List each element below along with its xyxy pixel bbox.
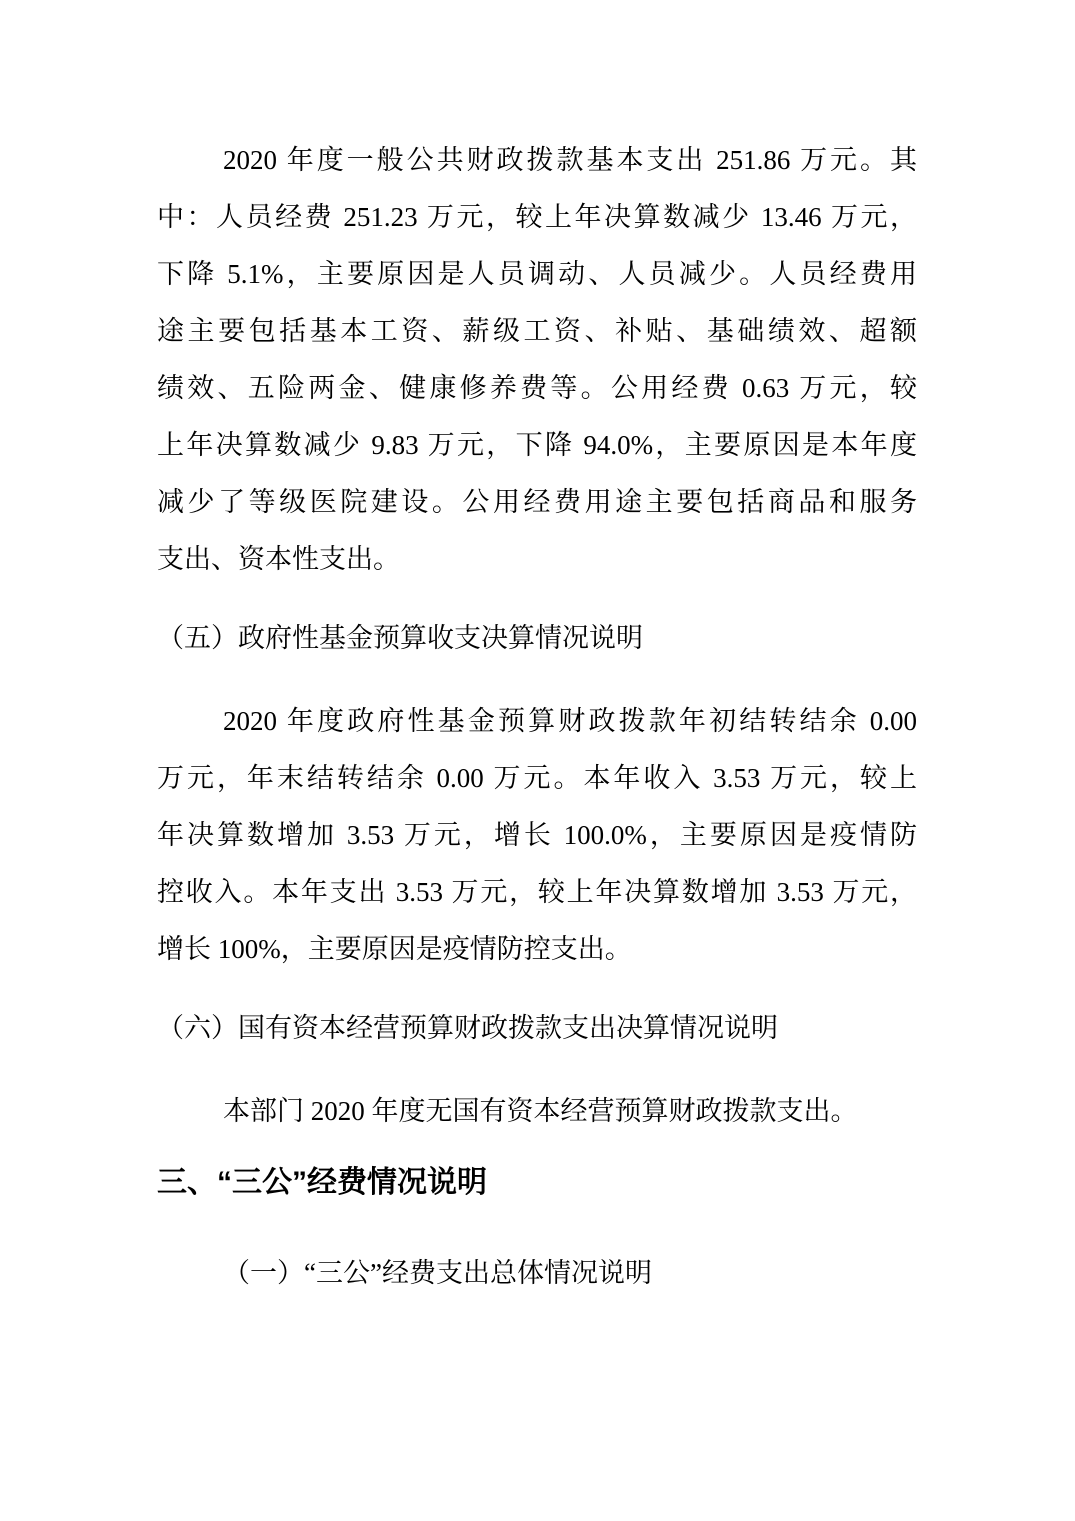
- text-line: 绩效、五险两金、健康修养费等。公用经费 0.63 万元，较: [157, 360, 917, 417]
- text-line: 年决算数增加 3.53 万元，增长 100.0%，主要原因是疫情防: [157, 807, 917, 864]
- text-line: 减少了等级医院建设。公用经费用途主要包括商品和服务: [157, 474, 917, 531]
- text-line: 万元，年末结转结余 0.00 万元。本年收入 3.53 万元，较上: [157, 750, 917, 807]
- text-line: 本部门 2020 年度无国有资本经营预算财政拨款支出。: [157, 1083, 917, 1140]
- text-line: 中：人员经费 251.23 万元，较上年决算数减少 13.46 万元，: [157, 189, 917, 246]
- text-line: 增长 100%，主要原因是疫情防控支出。: [157, 921, 917, 978]
- heading-section-6-state-capital-budget: （六）国有资本经营预算财政拨款支出决算情况说明: [157, 1000, 917, 1057]
- text-line: 下降 5.1%，主要原因是人员调动、人员减少。人员经费用: [157, 246, 917, 303]
- text-line: 控收入。本年支出 3.53 万元，较上年决算数增加 3.53 万元，: [157, 864, 917, 921]
- document-page: 2020 年度一般公共财政拨款基本支出 251.86 万元。其中：人员经费 25…: [0, 0, 1075, 1521]
- heading-subsection-1-three-public-overall: （一）“三公”经费支出总体情况说明: [157, 1245, 917, 1302]
- para-state-capital-budget-detail: 本部门 2020 年度无国有资本经营预算财政拨款支出。: [157, 1083, 917, 1140]
- text-line: 2020 年度一般公共财政拨款基本支出 251.86 万元。其: [157, 132, 917, 189]
- para-general-public-budget-basic-expenditure: 2020 年度一般公共财政拨款基本支出 251.86 万元。其中：人员经费 25…: [157, 132, 917, 588]
- text-line: 支出、资本性支出。: [157, 531, 917, 588]
- heading-section-5-government-fund-budget: （五）政府性基金预算收支决算情况说明: [157, 610, 917, 667]
- para-government-fund-budget-detail: 2020 年度政府性基金预算财政拨款年初结转结余 0.00万元，年末结转结余 0…: [157, 693, 917, 978]
- text-line: 上年决算数减少 9.83 万元，下降 94.0%，主要原因是本年度: [157, 417, 917, 474]
- document-content: 2020 年度一般公共财政拨款基本支出 251.86 万元。其中：人员经费 25…: [157, 132, 917, 1302]
- text-line: 途主要包括基本工资、薪级工资、补贴、基础绩效、超额: [157, 303, 917, 360]
- text-line: 2020 年度政府性基金预算财政拨款年初结转结余 0.00: [157, 693, 917, 750]
- heading-section-3-three-public-expenses: 三、“三公”经费情况说明: [157, 1154, 917, 1211]
